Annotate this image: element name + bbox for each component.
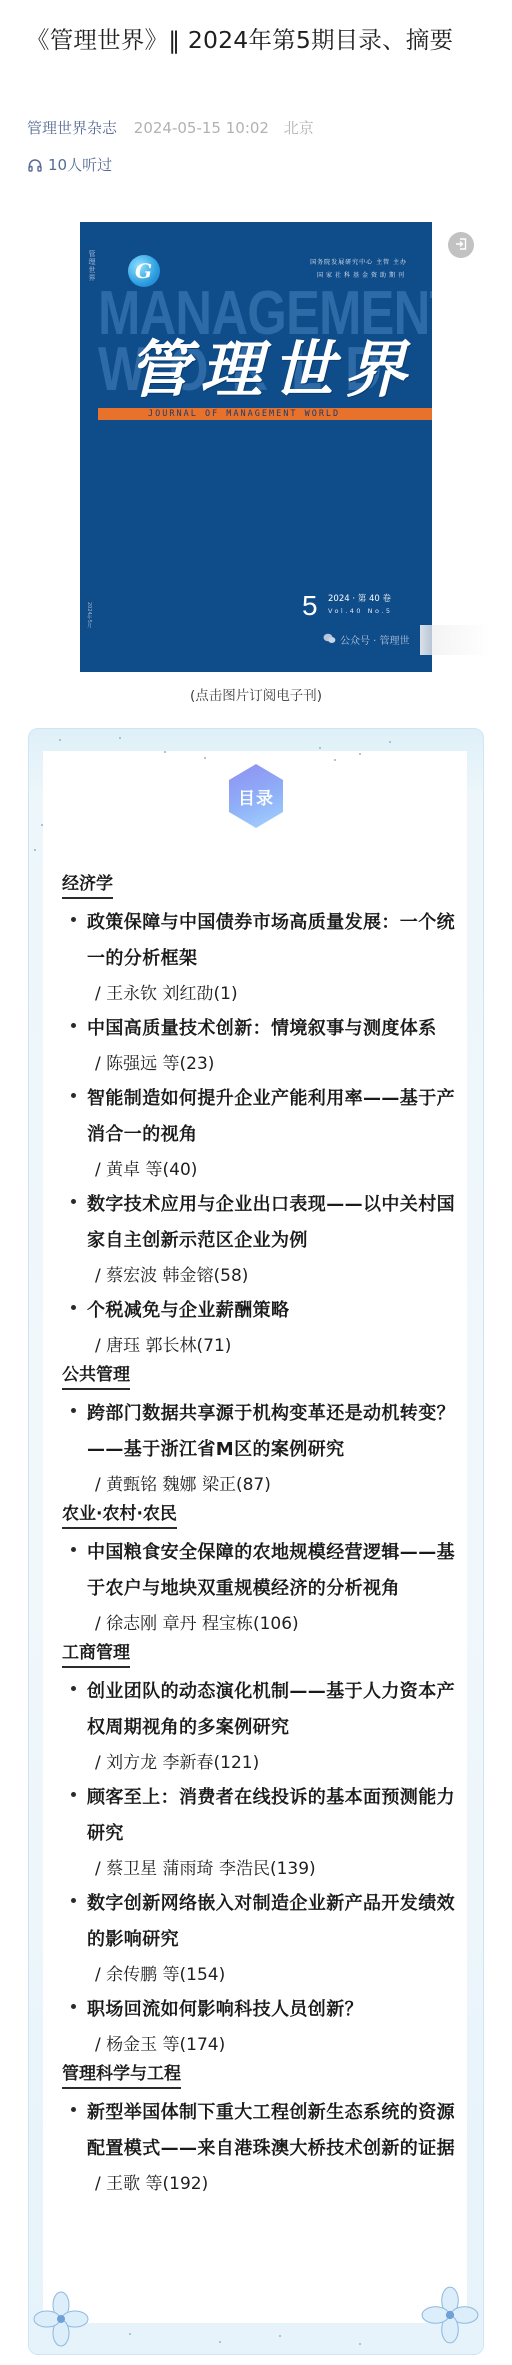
section-title: 管理科学与工程: [62, 2062, 181, 2089]
section-title: 工商管理: [62, 1641, 130, 1668]
toc-article-item[interactable]: 新型举国体制下重大工程创新生态系统的资源配置模式——来自港珠澳大桥技术创新的证据…: [62, 2095, 462, 2201]
toc-article-item[interactable]: 创业团队的动态演化机制——基于人力资本产权周期视角的多案例研究/ 刘方龙 李新春…: [62, 1674, 462, 1780]
open-fullscreen-button[interactable]: [448, 232, 474, 258]
bullet-icon: [71, 1305, 76, 1310]
article-title-text: 数字技术应用与企业出口表现——以中关村国家自主创新示范区企业为例: [87, 1187, 462, 1259]
article-title-text: 政策保障与中国债券市场高质量发展：一个统一的分析框架: [87, 905, 462, 977]
article-title-text: 创业团队的动态演化机制——基于人力资本产权周期视角的多案例研究: [87, 1674, 462, 1746]
flower-decoration-icon: [419, 2284, 481, 2350]
cover-publisher-line1: 国务院发展研究中心 主管 主办: [310, 257, 407, 266]
bullet-icon: [71, 1023, 76, 1028]
article-authors-page: / 蔡宏波 韩金镕(58): [87, 1259, 462, 1293]
toc-list: 经济学政策保障与中国债券市场高质量发展：一个统一的分析框架/ 王永钦 刘红劭(1…: [62, 872, 462, 2201]
cover-issue-vol-no: Vol.40 No.5: [328, 607, 393, 615]
article-meta: 管理世界杂志 2024-05-15 10:02 北京: [27, 118, 314, 138]
cover-orange-band: JOURNAL OF MANAGEMENT WORLD: [98, 408, 432, 420]
toc-article-item[interactable]: 顾客至上：消费者在线投诉的基本面预测能力研究/ 蔡卫星 蒲雨琦 李浩民(139): [62, 1780, 462, 1886]
toc-article-item[interactable]: 个税减免与企业薪酬策略/ 唐珏 郭长林(71): [62, 1293, 462, 1363]
article-title-text: 中国粮食安全保障的农地规模经营逻辑——基于农户与地块双重规模经济的分析视角: [87, 1535, 462, 1607]
section-title: 农业·农村·农民: [62, 1502, 177, 1529]
cover-publisher-line2: 国家社科基金资助期刊: [317, 270, 407, 279]
article-authors-page: / 刘方龙 李新春(121): [87, 1746, 462, 1780]
article-authors-page: / 王永钦 刘红劭(1): [87, 977, 462, 1011]
headphones-icon: [27, 157, 43, 173]
cover-issue-number: 5: [302, 590, 318, 622]
toc-article-item[interactable]: 智能制造如何提升企业产能利用率——基于产消合一的视角/ 黄卓 等(40): [62, 1081, 462, 1187]
article-authors-page: / 余传鹏 等(154): [87, 1958, 462, 1992]
article-title-text: 个税减免与企业薪酬策略: [87, 1293, 462, 1329]
section-title: 经济学: [62, 872, 113, 899]
toc-article-item[interactable]: 中国高质量技术创新：情境叙事与测度体系/ 陈强远 等(23): [62, 1011, 462, 1081]
article-title-text: 智能制造如何提升企业产能利用率——基于产消合一的视角: [87, 1081, 462, 1153]
toc-badge-label: 目录: [238, 784, 274, 809]
toc-section: 管理科学与工程新型举国体制下重大工程创新生态系统的资源配置模式——来自港珠澳大桥…: [62, 2062, 462, 2201]
bullet-icon: [71, 1686, 76, 1691]
toc-article-item[interactable]: 中国粮食安全保障的农地规模经营逻辑——基于农户与地块双重规模经济的分析视角/ 徐…: [62, 1535, 462, 1641]
magazine-cover-image[interactable]: 管理世界 2024年5月 国务院发展研究中心 主管 主办 国家社科基金资助期刊 …: [80, 222, 432, 672]
exit-icon: [454, 236, 468, 255]
wechat-icon: [323, 633, 336, 647]
cover-fade-overlay: [420, 625, 490, 655]
article-title-text: 新型举国体制下重大工程创新生态系统的资源配置模式——来自港珠澳大桥技术创新的证据: [87, 2095, 462, 2167]
article-authors-page: / 唐珏 郭长林(71): [87, 1329, 462, 1363]
article-authors-page: / 杨金玉 等(174): [87, 2028, 462, 2062]
toc-article-item[interactable]: 数字创新网络嵌入对制造企业新产品开发绩效的影响研究/ 余传鹏 等(154): [62, 1886, 462, 1992]
toc-article-item[interactable]: 政策保障与中国债券市场高质量发展：一个统一的分析框架/ 王永钦 刘红劭(1): [62, 905, 462, 1011]
cover-caption: (点击图片订阅电子刊): [0, 687, 512, 705]
bullet-icon: [71, 2107, 76, 2112]
article-title-text: 顾客至上：消费者在线投诉的基本面预测能力研究: [87, 1780, 462, 1852]
listen-button[interactable]: 10人听过: [27, 155, 112, 175]
toc-article-item[interactable]: 跨部门数据共享源于机构变革还是动机转变？——基于浙江省M区的案例研究/ 黄甄铭 …: [62, 1396, 462, 1502]
cover-title-calligraphy: 管理世界: [128, 320, 416, 409]
article-authors-page: / 黄卓 等(40): [87, 1153, 462, 1187]
article-authors-page: / 徐志刚 章丹 程宝栋(106): [87, 1607, 462, 1641]
bullet-icon: [71, 1792, 76, 1797]
bullet-icon: [71, 1408, 76, 1413]
publish-date: 2024-05-15 10:02: [134, 119, 269, 137]
listen-count: 10人听过: [48, 155, 112, 175]
account-name-link[interactable]: 管理世界杂志: [27, 119, 117, 137]
bullet-icon: [71, 2004, 76, 2009]
cover-spine-title: 管理世界: [86, 250, 96, 282]
toc-section: 公共管理跨部门数据共享源于机构变革还是动机转变？——基于浙江省M区的案例研究/ …: [62, 1363, 462, 1502]
toc-section: 农业·农村·农民中国粮食安全保障的农地规模经营逻辑——基于农户与地块双重规模经济…: [62, 1502, 462, 1641]
article-authors-page: / 蔡卫星 蒲雨琦 李浩民(139): [87, 1852, 462, 1886]
cover-journal-english: JOURNAL OF MANAGEMENT WORLD: [148, 408, 340, 420]
bullet-icon: [71, 1199, 76, 1204]
cover-spine-issue: 2024年5月: [86, 602, 93, 628]
article-title-text: 职场回流如何影响科技人员创新？: [87, 1992, 462, 2028]
bullet-icon: [71, 1898, 76, 1903]
publish-location: 北京: [284, 119, 314, 137]
section-title: 公共管理: [62, 1363, 130, 1390]
toc-section: 经济学政策保障与中国债券市场高质量发展：一个统一的分析框架/ 王永钦 刘红劭(1…: [62, 872, 462, 1363]
cover-issue-year-vol: 2024 · 第 40 卷: [328, 592, 391, 604]
article-title: 《管理世界》‖ 2024年第5期目录、摘要: [26, 22, 496, 59]
flower-decoration-icon: [31, 2289, 91, 2353]
toc-article-item[interactable]: 职场回流如何影响科技人员创新？/ 杨金玉 等(174): [62, 1992, 462, 2062]
bullet-icon: [71, 917, 76, 922]
article-title-text: 跨部门数据共享源于机构变革还是动机转变？——基于浙江省M区的案例研究: [87, 1396, 462, 1468]
article-authors-page: / 黄甄铭 魏娜 梁正(87): [87, 1468, 462, 1502]
article-authors-page: / 陈强远 等(23): [87, 1047, 462, 1081]
bullet-icon: [71, 1547, 76, 1552]
toc-section: 工商管理创业团队的动态演化机制——基于人力资本产权周期视角的多案例研究/ 刘方龙…: [62, 1641, 462, 2062]
article-title-text: 中国高质量技术创新：情境叙事与测度体系: [87, 1011, 462, 1047]
bullet-icon: [71, 1093, 76, 1098]
article-title-text: 数字创新网络嵌入对制造企业新产品开发绩效的影响研究: [87, 1886, 462, 1958]
article-authors-page: / 王歌 等(192): [87, 2167, 462, 2201]
toc-article-item[interactable]: 数字技术应用与企业出口表现——以中关村国家自主创新示范区企业为例/ 蔡宏波 韩金…: [62, 1187, 462, 1293]
cover-source-watermark: 公众号 · 管理世: [323, 632, 410, 647]
